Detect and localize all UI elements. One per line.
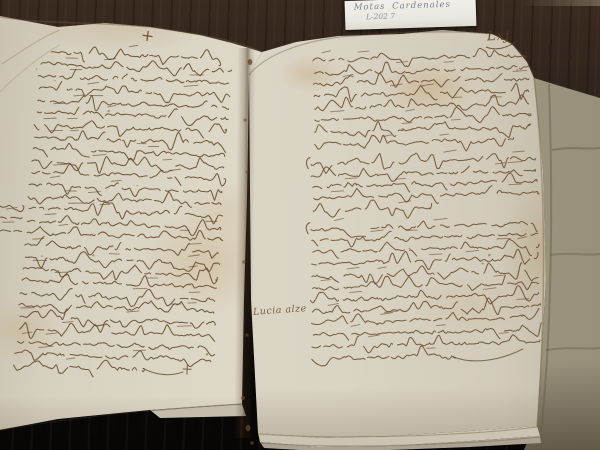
folio-number: Lxj	[487, 29, 511, 45]
invocation-cross: +	[140, 25, 156, 46]
book-gutter	[234, 48, 255, 438]
archive-label-number: L-202 7	[366, 10, 476, 22]
manuscript-photograph: + Lxj Lucia alze Motas Cardenales L-202 …	[0, 0, 600, 450]
table-edge-highlight	[520, 0, 600, 6]
archive-label: Motas Cardenales L-202 7	[345, 0, 477, 30]
